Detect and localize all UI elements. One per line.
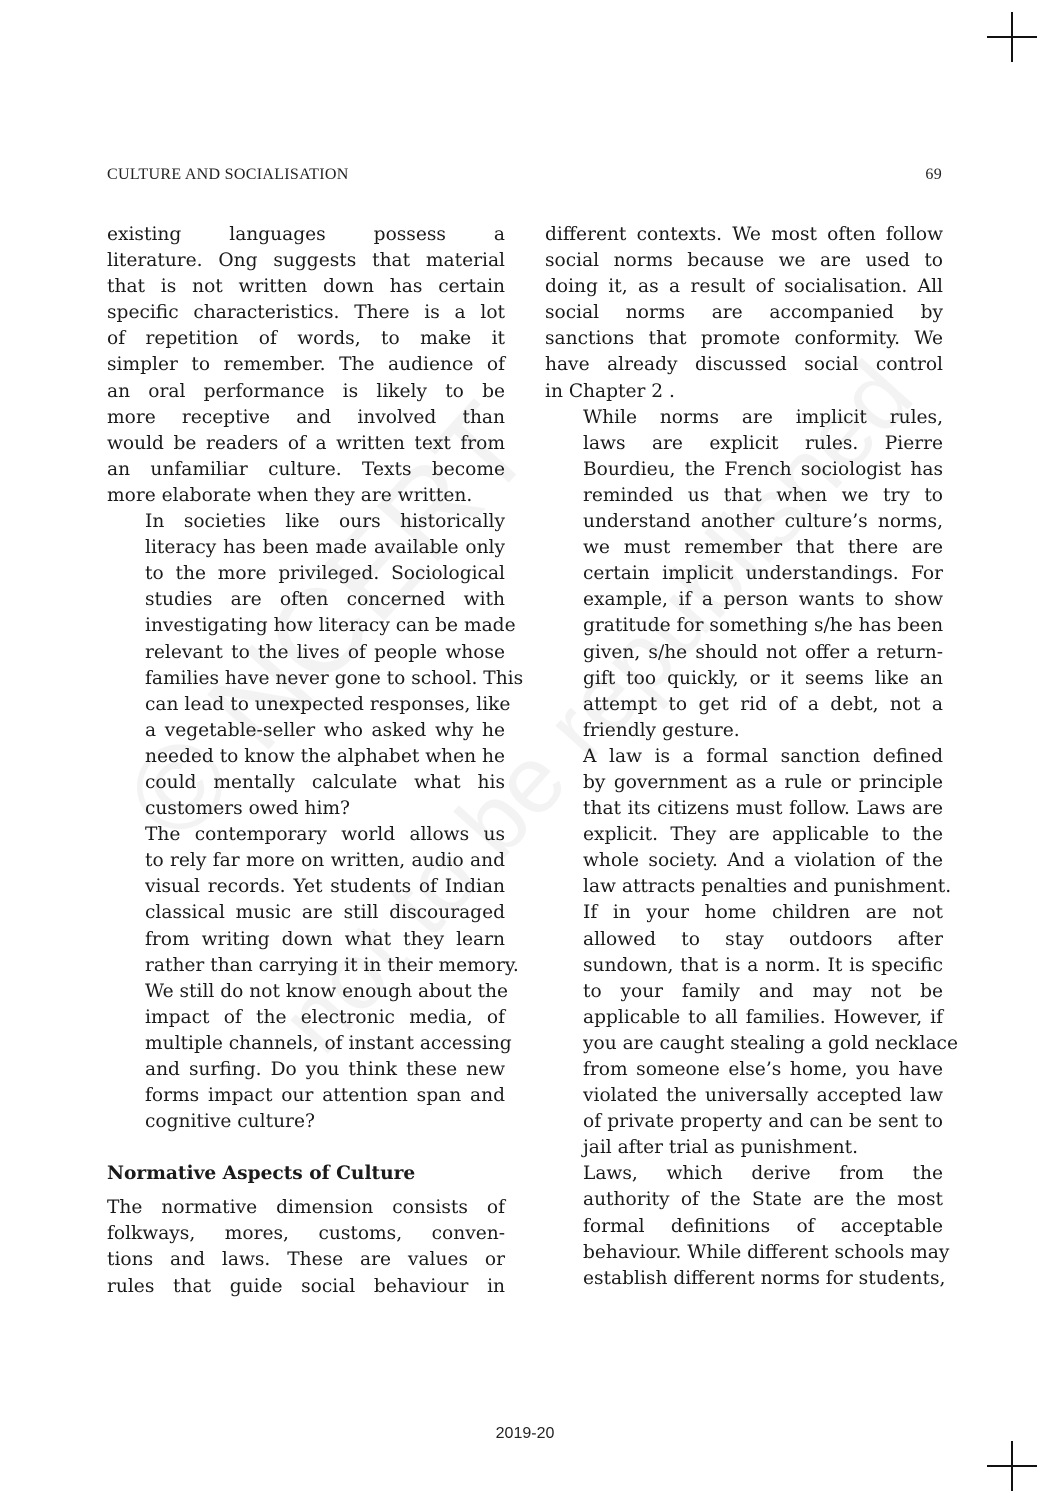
text-line: establish different norms for students, [545, 1266, 943, 1292]
text-line: behaviour. While different schools may [545, 1240, 943, 1266]
text-line: laws are explicit rules. Pierre [545, 431, 943, 457]
text-line: could mentally calculate what his [107, 770, 505, 796]
text-line: that its citizens must follow. Laws are [545, 796, 943, 822]
text-line: classical music are still discouraged [107, 900, 505, 926]
text-line: sanctions that promote conformity. We [545, 326, 943, 352]
text-line: and surfing. Do you think these new [107, 1057, 505, 1083]
text-line: cognitive culture? [107, 1109, 505, 1135]
running-title: CULTURE AND SOCIALISATION [107, 166, 349, 184]
text-line: customers owed him? [107, 796, 505, 822]
text-line: different contexts. We most often follow [545, 222, 943, 248]
paragraph: In societies like ours historicallyliter… [107, 509, 505, 822]
text-line: The contemporary world allows us [107, 822, 505, 848]
text-line: from someone else’s home, you have [545, 1057, 943, 1083]
paragraph: Laws, which derive from theauthority of … [545, 1161, 943, 1291]
text-line: certain implicit understandings. For [545, 561, 943, 587]
paragraph: different contexts. We most often follow… [545, 222, 943, 405]
text-line: In societies like ours historically [107, 509, 505, 535]
text-line: formal definitions of acceptable [545, 1214, 943, 1240]
right-column: different contexts. We most often follow… [545, 222, 943, 1292]
text-line: law attracts penalties and punishment. [545, 874, 943, 900]
text-line: studies are often concerned with [107, 587, 505, 613]
text-line: explicit. They are applicable to the [545, 822, 943, 848]
text-line: you are caught stealing a gold necklace [545, 1031, 943, 1057]
text-line: sundown, that is a norm. It is specific [545, 953, 943, 979]
text-line: literacy has been made available only [107, 535, 505, 561]
text-line: doing it, as a result of socialisation. … [545, 274, 943, 300]
text-line: reminded us that when we try to [545, 483, 943, 509]
text-line: that is not written down has certain [107, 274, 505, 300]
paragraph: The contemporary world allows usto rely … [107, 822, 505, 1135]
text-line: gift too quickly, or it seems like an [545, 666, 943, 692]
text-line: of private property and can be sent to [545, 1109, 943, 1135]
left-column: existing languages possess aliterature. … [107, 222, 505, 1300]
section-heading: Normative Aspects of Culture [107, 1161, 505, 1187]
text-line: rather than carrying it in their memory. [107, 953, 505, 979]
page-number: 69 [925, 166, 942, 184]
text-line: violated the universally accepted law [545, 1083, 943, 1109]
text-line: specific characteristics. There is a lot [107, 300, 505, 326]
text-line: relevant to the lives of people whose [107, 640, 505, 666]
text-line: whole society. And a violation of the [545, 848, 943, 874]
text-line: multiple channels, of instant accessing [107, 1031, 505, 1057]
text-line: folkways, mores, customs, conven- [107, 1221, 505, 1247]
text-line: example, if a person wants to show [545, 587, 943, 613]
text-line: social norms are accompanied by [545, 300, 943, 326]
text-line: impact of the electronic media, of [107, 1005, 505, 1031]
text-line: literature. Ong suggests that material [107, 248, 505, 274]
text-line: given, s/he should not offer a return- [545, 640, 943, 666]
text-line: existing languages possess a [107, 222, 505, 248]
text-line: allowed to stay outdoors after [545, 927, 943, 953]
text-line: tions and laws. These are values or [107, 1247, 505, 1273]
paragraph: While norms are implicit rules,laws are … [545, 405, 943, 744]
text-line: needed to know the alphabet when he [107, 744, 505, 770]
text-line: to the more privileged. Sociological [107, 561, 505, 587]
running-header: CULTURE AND SOCIALISATION 69 [107, 166, 942, 184]
text-line: an unfamiliar culture. Texts become [107, 457, 505, 483]
text-line: a vegetable-seller who asked why he [107, 718, 505, 744]
text-line: A law is a formal sanction defined [545, 744, 943, 770]
text-line: Bourdieu, the French sociologist has [545, 457, 943, 483]
text-line: visual records. Yet students of Indian [107, 874, 505, 900]
paragraph: existing languages possess aliterature. … [107, 222, 505, 509]
paragraph: The normative dimension consists offolkw… [107, 1195, 505, 1299]
text-line: Laws, which derive from the [545, 1161, 943, 1187]
crop-mark-top-right [987, 12, 1037, 62]
text-line: simpler to remember. The audience of [107, 352, 505, 378]
text-line: friendly gesture. [545, 718, 943, 744]
text-line: more elaborate when they are written. [107, 483, 505, 509]
text-line: We still do not know enough about the [107, 979, 505, 1005]
text-line: The normative dimension consists of [107, 1195, 505, 1221]
text-line: to rely far more on written, audio and [107, 848, 505, 874]
text-line: If in your home children are not [545, 900, 943, 926]
text-line: investigating how literacy can be made [107, 613, 505, 639]
text-line: more receptive and involved than [107, 405, 505, 431]
crop-mark-bottom-right [987, 1441, 1037, 1491]
text-line: jail after trial as punishment. [545, 1135, 943, 1161]
text-line: applicable to all families. However, if [545, 1005, 943, 1031]
text-line: forms impact our attention span and [107, 1083, 505, 1109]
text-line: attempt to get rid of a debt, not a [545, 692, 943, 718]
text-line: authority of the State are the most [545, 1187, 943, 1213]
text-line: by government as a rule or principle [545, 770, 943, 796]
text-line: have already discussed social control [545, 352, 943, 378]
text-line: social norms because we are used to [545, 248, 943, 274]
text-line: to your family and may not be [545, 979, 943, 1005]
text-line: of repetition of words, to make it [107, 326, 505, 352]
text-line: gratitude for something s/he has been [545, 613, 943, 639]
text-line: we must remember that there are [545, 535, 943, 561]
text-line: would be readers of a written text from [107, 431, 505, 457]
paragraph: A law is a formal sanction definedby gov… [545, 744, 943, 1162]
text-line: families have never gone to school. This [107, 666, 505, 692]
text-line: rules that guide social behaviour in [107, 1274, 505, 1300]
footer-year: 2019-20 [0, 1425, 1050, 1443]
text-line: an oral performance is likely to be [107, 379, 505, 405]
text-line: in Chapter 2 . [545, 379, 943, 405]
text-line: can lead to unexpected responses, like [107, 692, 505, 718]
text-line: from writing down what they learn [107, 927, 505, 953]
text-line: understand another culture’s norms, [545, 509, 943, 535]
text-line: While norms are implicit rules, [545, 405, 943, 431]
